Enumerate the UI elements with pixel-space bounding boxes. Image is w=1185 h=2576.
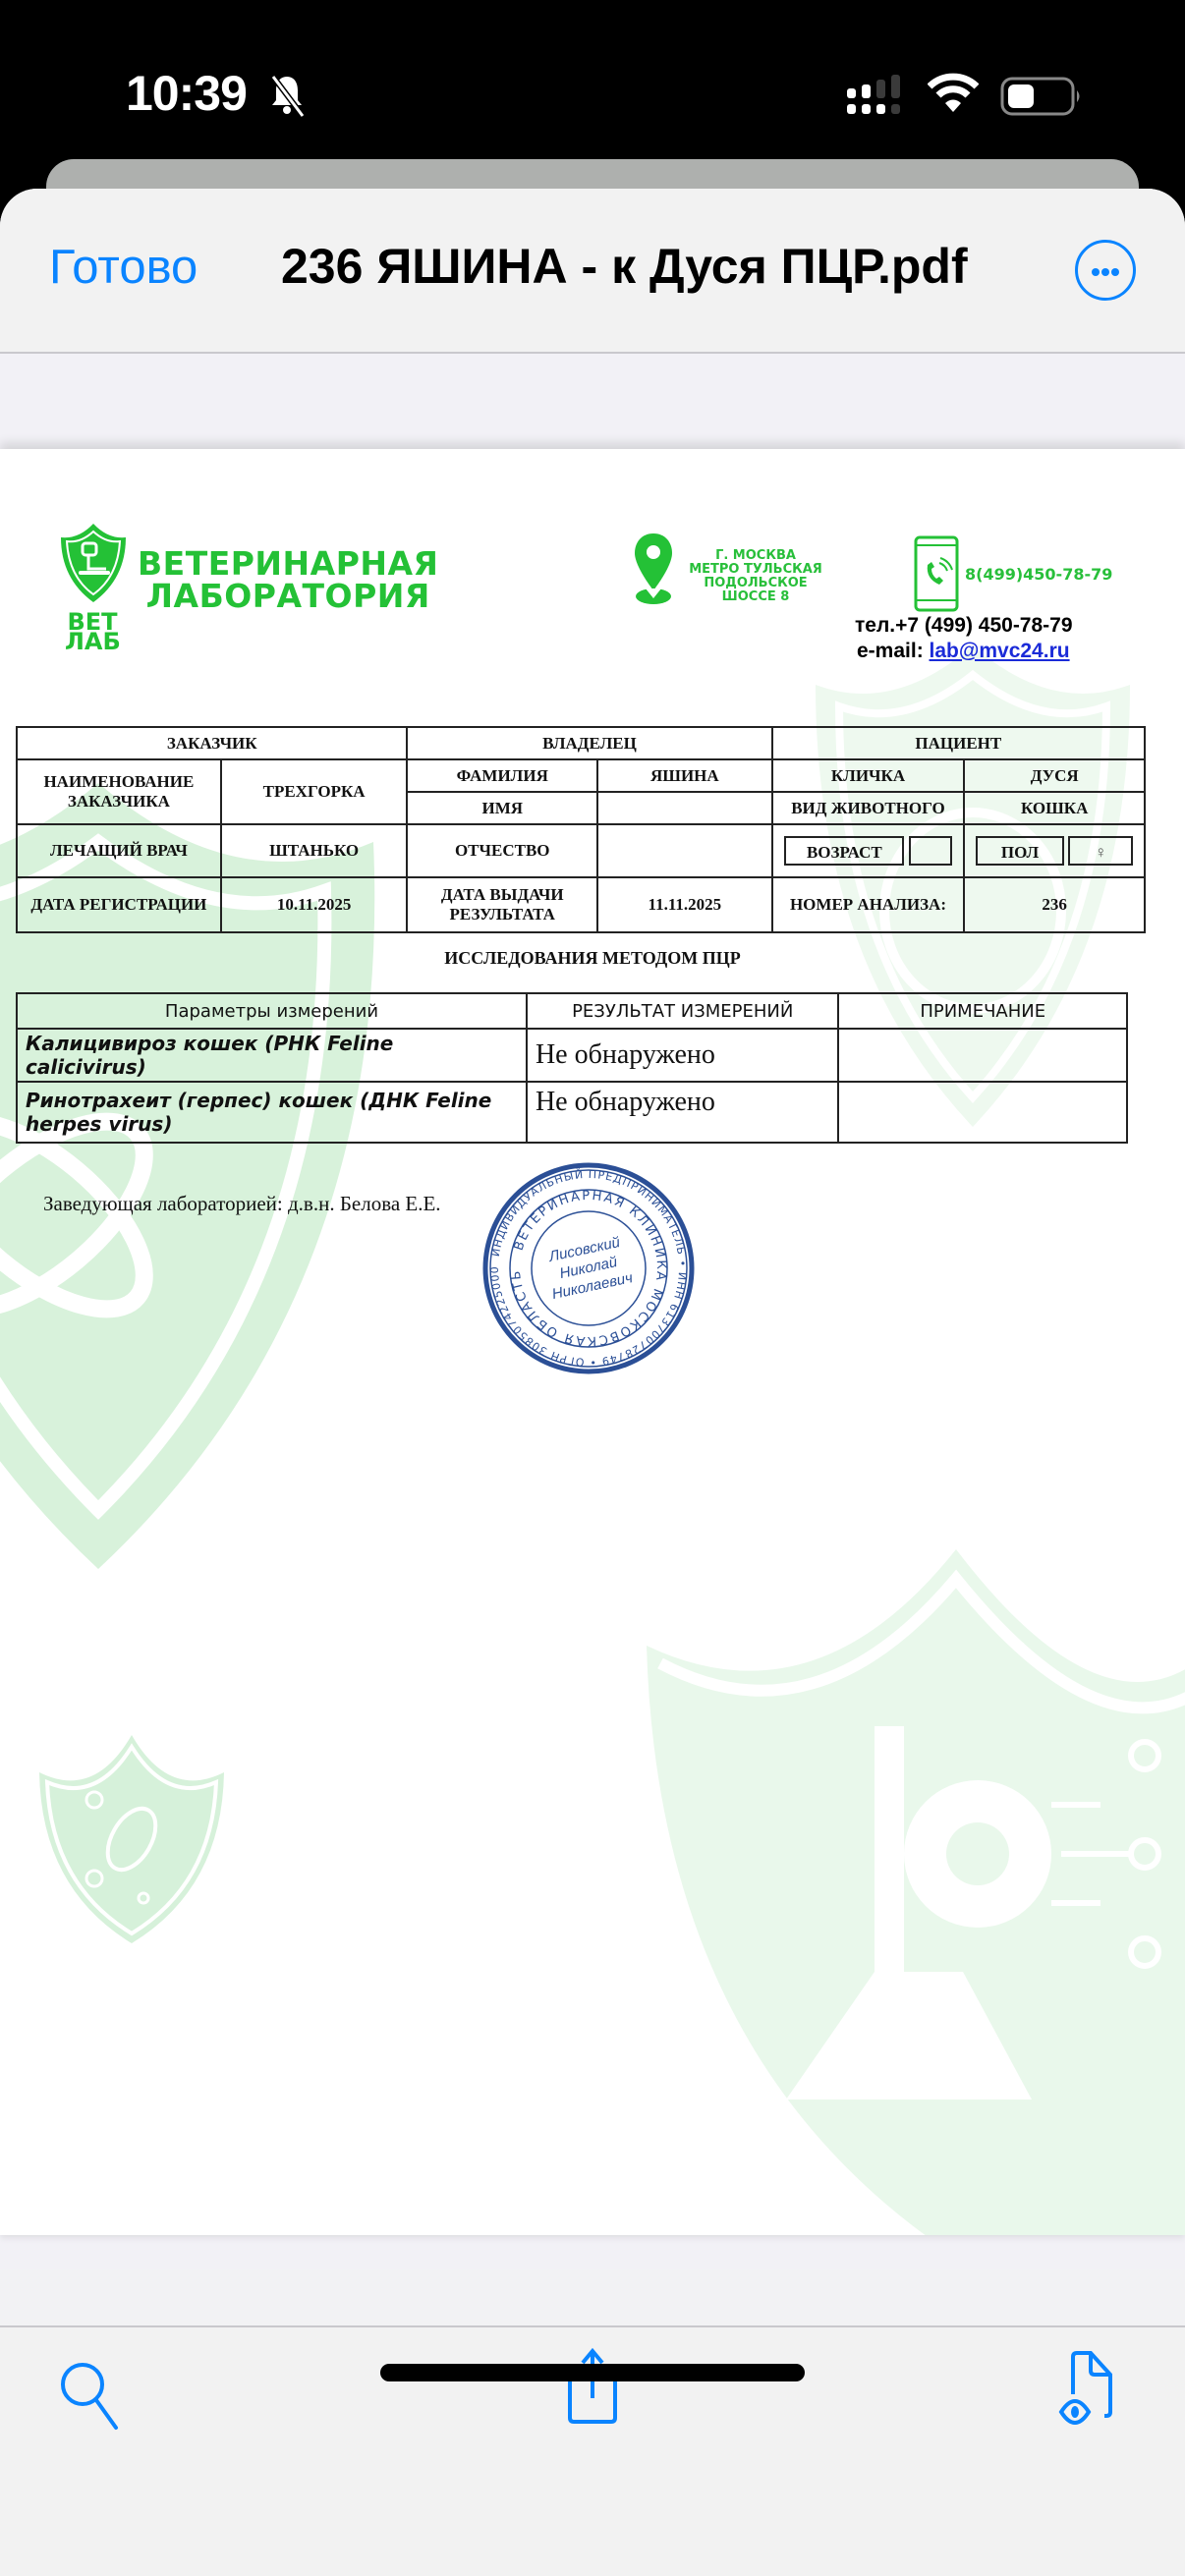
- species-label: ВИД ЖИВОТНОГО: [772, 792, 965, 824]
- more-options-button[interactable]: [1075, 240, 1136, 301]
- done-button[interactable]: Готово: [49, 240, 197, 295]
- reg-date-label: ДАТА РЕГИСТРАЦИИ: [17, 877, 221, 932]
- order-info-table: ЗАКАЗЧИК ВЛАДЕЛЕЦ ПАЦИЕНТ НАИМЕНОВАНИЕ З…: [16, 726, 1146, 933]
- ellipsis-dot: [1111, 268, 1119, 276]
- name-value: [597, 792, 772, 824]
- clinic-stamp: ИНДИВИДУАЛЬНЫЙ ПРЕДПРИНИМАТЕЛЬ • ИНН 613…: [481, 1161, 696, 1375]
- pdf-viewer-sheet: Готово 236 ЯШИНА - к Дуся ПЦР.pdf: [0, 189, 1185, 2576]
- email-link[interactable]: lab@mvc24.ru: [930, 640, 1070, 662]
- logo-lab-text: ЛАБ: [65, 632, 120, 651]
- pcr-results-table: Параметры измерений РЕЗУЛЬТАТ ИЗМЕРЕНИЙ …: [16, 992, 1128, 1144]
- logo-wordmark: ВЕТЕРИНАРНАЯ ЛАБОРАТОРИЯ: [138, 547, 438, 612]
- share-icon[interactable]: [558, 2347, 627, 2426]
- location-pin-icon: [633, 533, 674, 608]
- logo-vetlab-mark: ВЕТ ЛАБ: [65, 612, 120, 651]
- result-cell: Не обнаружено: [527, 1082, 839, 1143]
- sex-value: ♀: [1068, 836, 1133, 866]
- ellipsis-dot: [1101, 268, 1109, 276]
- lab-address: Г. МОСКВА МЕТРО ТУЛЬСКАЯ ПОДОЛЬСКОЕ ШОСС…: [682, 549, 829, 604]
- param-cell: Ринотрахеит (герпес) кошек (ДНК Feline h…: [17, 1082, 527, 1143]
- watermark-shield-flask-gear: [639, 1549, 1185, 2235]
- pdf-page: ВЕТ ЛАБ ВЕТЕРИНАРНАЯ ЛАБОРАТОРИЯ Г. МОСК…: [0, 449, 1185, 2235]
- tel-label: тел.: [855, 614, 895, 637]
- home-indicator[interactable]: [380, 2364, 805, 2381]
- bell-slash-icon: [267, 73, 307, 118]
- section-title: ИССЛЕДОВАНИЯ МЕТОДОМ ПЦР: [0, 948, 1185, 969]
- note-cell: [838, 1029, 1127, 1082]
- sex-cell: ПОЛ ♀: [964, 824, 1145, 877]
- name-label: ИМЯ: [407, 792, 597, 824]
- navigation-bar: Готово 236 ЯШИНА - к Дуся ПЦР.pdf: [0, 189, 1185, 354]
- customer-name-label: НАИМЕНОВАНИЕ ЗАКАЗЧИКА: [17, 759, 221, 824]
- address-line: Г. МОСКВА: [682, 549, 829, 563]
- status-bar: 10:39: [0, 0, 1185, 157]
- table-row: Ринотрахеит (герпес) кошек (ДНК Feline h…: [17, 1082, 1127, 1143]
- issue-date-label: ДАТА ВЫДАЧИ РЕЗУЛЬТАТА: [407, 877, 597, 932]
- battery-icon: [1000, 77, 1083, 116]
- address-line: ШОССЕ 8: [682, 590, 829, 604]
- reg-date-value: 10.11.2025: [221, 877, 408, 932]
- ellipsis-circle-icon: [1092, 268, 1100, 276]
- surname-label: ФАМИЛИЯ: [407, 759, 597, 792]
- age-cell: ВОЗРАСТ: [772, 824, 965, 877]
- age-value: [909, 836, 952, 866]
- document-title: 236 ЯШИНА - к Дуся ПЦР.pdf: [281, 238, 968, 295]
- issue-date-value: 11.11.2025: [597, 877, 772, 932]
- col-header-parameters: Параметры измерений: [17, 993, 527, 1029]
- param-cell: Калицивироз кошек (РНК Feline caliciviru…: [17, 1029, 527, 1082]
- wifi-icon: [928, 73, 979, 114]
- document-viewer[interactable]: ВЕТ ЛАБ ВЕТЕРИНАРНАЯ ЛАБОРАТОРИЯ Г. МОСК…: [0, 354, 1185, 2269]
- magnifying-glass-icon[interactable]: [55, 2357, 124, 2436]
- phone-call-icon: [914, 535, 959, 612]
- species-value: КОШКА: [964, 792, 1145, 824]
- age-label: ВОЗРАСТ: [784, 836, 904, 866]
- watermark-shield-bacteria: [35, 1731, 228, 1947]
- customer-name-value: ТРЕХГОРКА: [221, 759, 408, 824]
- surname-value: ЯШИНА: [597, 759, 772, 792]
- patronymic-value: [597, 824, 772, 877]
- header-customer: ЗАКАЗЧИК: [17, 727, 407, 759]
- phone-number-green: 8(499)450-78-79: [965, 565, 1112, 584]
- col-header-result: РЕЗУЛЬТАТ ИЗМЕРЕНИЙ: [527, 993, 839, 1029]
- doctor-value: ШТАНЬКО: [221, 824, 408, 877]
- email-line: e-mail: lab@mvc24.ru: [857, 640, 1070, 663]
- logo-line-1: ВЕТЕРИНАРНАЯ: [138, 547, 438, 580]
- document-eye-icon[interactable]: [1055, 2349, 1124, 2428]
- doctor-label: ЛЕЧАЩИЙ ВРАЧ: [17, 824, 221, 877]
- head-of-lab-signature: Заведующая лабораторией: д.в.н. Белова Е…: [43, 1192, 441, 1216]
- col-header-note: ПРИМЕЧАНИЕ: [838, 993, 1127, 1029]
- address-line: ПОДОЛЬСКОЕ: [682, 577, 829, 590]
- sex-label: ПОЛ: [976, 836, 1064, 866]
- note-cell: [838, 1082, 1127, 1143]
- email-label: e-mail:: [857, 640, 930, 662]
- analysis-no-label: НОМЕР АНАЛИЗА:: [772, 877, 965, 932]
- patronymic-label: ОТЧЕСТВО: [407, 824, 597, 877]
- header-owner: ВЛАДЕЛЕЦ: [407, 727, 771, 759]
- table-row: Калицивироз кошек (РНК Feline caliciviru…: [17, 1029, 1127, 1082]
- status-time: 10:39: [126, 65, 247, 122]
- tel-value[interactable]: +7 (499) 450-78-79: [895, 614, 1072, 637]
- telephone-line: тел.+7 (499) 450-78-79: [855, 614, 1073, 638]
- vetlab-shield-logo-icon: [59, 524, 128, 602]
- pet-name-label: КЛИЧКА: [772, 759, 965, 792]
- pet-name-value: ДУСЯ: [964, 759, 1145, 792]
- cellular-signal-icon: [847, 75, 908, 116]
- result-cell: Не обнаружено: [527, 1029, 839, 1082]
- logo-line-2: ЛАБОРАТОРИЯ: [138, 580, 438, 612]
- analysis-no-value: 236: [964, 877, 1145, 932]
- address-line: МЕТРО ТУЛЬСКАЯ: [682, 563, 829, 577]
- header-patient: ПАЦИЕНТ: [772, 727, 1145, 759]
